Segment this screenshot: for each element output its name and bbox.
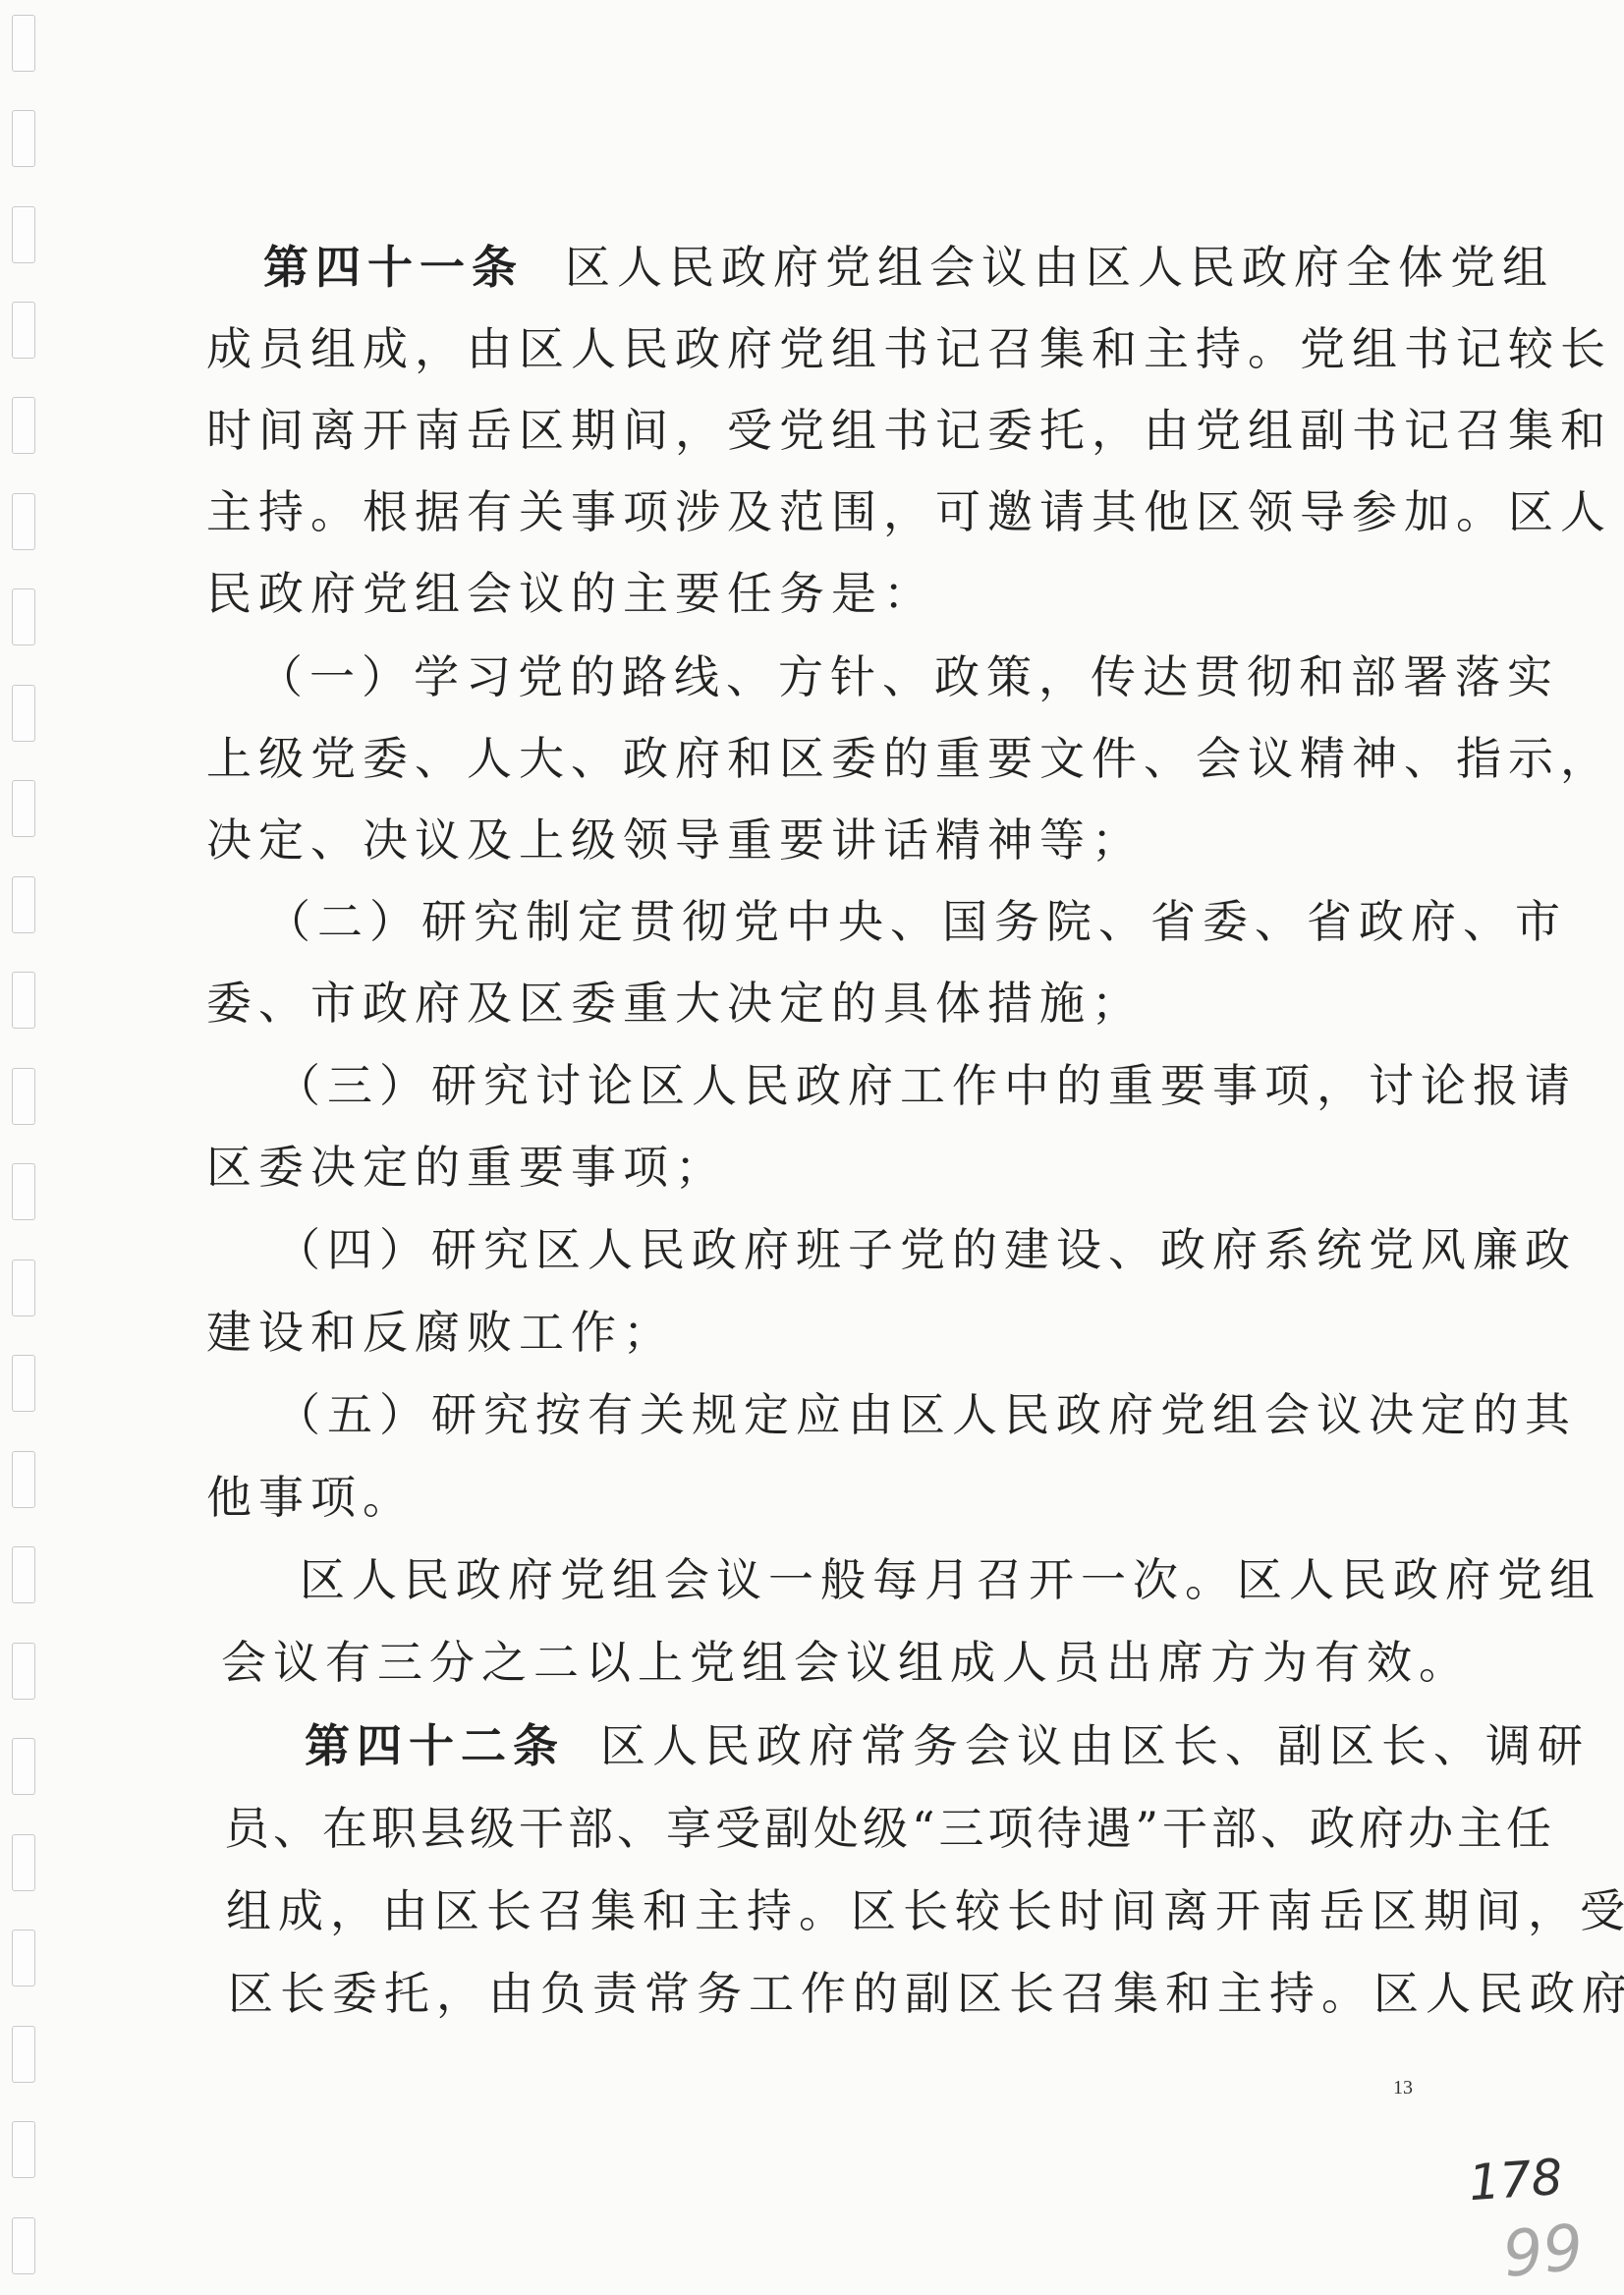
list-item-1-line: 上级党委、人大、政府和区委的重要文件、会议精神、指示， [206,729,1612,788]
list-item-3-line: 区委决定的重要事项； [206,1138,727,1197]
document-page: 第四十一条区人民政府党组会议由区人民政府全体党组 成员组成，由区人民政府党组书记… [0,0,1624,2295]
handwritten-annotation: 178 [1467,2149,1564,2212]
paragraph-text: 区人民政府常务会议由区长、副区长、调研 [600,1719,1590,1772]
list-item-5-line: （五）研究按有关规定应由区人民政府党组会议决定的其 [275,1385,1577,1444]
list-item-1-line: 决定、决议及上级领导重要讲话精神等； [206,811,1144,869]
closing-paragraph-line: 会议有三分之二以上党组会议组成人员出席方为有效。 [221,1633,1471,1692]
paragraph-line: 区长委托，由负责常务工作的副区长召集和主持。区人民政府 [228,1964,1624,2023]
closing-paragraph-line: 区人民政府党组会议一般每月召开一次。区人民政府党组 [300,1550,1601,1609]
article-41-first-line: 第四十一条区人民政府党组会议由区人民政府全体党组 [263,238,1554,297]
paragraph-line: 主持。根据有关事项涉及范围，可邀请其他区领导参加。区人 [206,482,1612,541]
paragraph-line: 时间离开南岳区期间，受党组书记委托，由党组副书记召集和 [206,401,1612,460]
paragraph-line: 员、在职县级干部、享受副处级“三项待遇”干部、政府办主任 [224,1799,1555,1858]
paragraph-text: 区人民政府党组会议由区人民政府全体党组 [565,241,1554,294]
handwritten-annotation: 99 [1499,2211,1587,2292]
paragraph-line: 成员组成，由区人民政府党组书记召集和主持。党组书记较长 [206,319,1612,378]
list-item-4-line: （四）研究区人民政府班子党的建设、政府系统党风廉政 [275,1220,1577,1279]
article-42-first-line: 第四十二条区人民政府常务会议由区长、副区长、调研 [305,1716,1590,1775]
list-item-3-line: （三）研究讨论区人民政府工作中的重要事项，讨论报请 [275,1056,1577,1115]
article-41-heading: 第四十一条 [263,241,524,294]
list-item-5-line: 他事项。 [206,1468,415,1527]
list-item-1-line: （一）学习党的路线、方针、政策，传达贯彻和部署落实 [257,647,1559,706]
article-42-heading: 第四十二条 [305,1719,565,1772]
paragraph-line: 民政府党组会议的主要任务是： [206,564,935,623]
paragraph-line: 组成，由区长召集和主持。区长较长时间离开南岳区期间，受 [226,1881,1624,1940]
list-item-2-line: （二）研究制定贯彻党中央、国务院、省委、省政府、市 [265,892,1567,951]
list-item-2-line: 委、市政府及区委重大决定的具体措施； [206,974,1144,1033]
page-number: 13 [1393,2077,1413,2099]
list-item-4-line: 建设和反腐败工作； [206,1303,675,1362]
